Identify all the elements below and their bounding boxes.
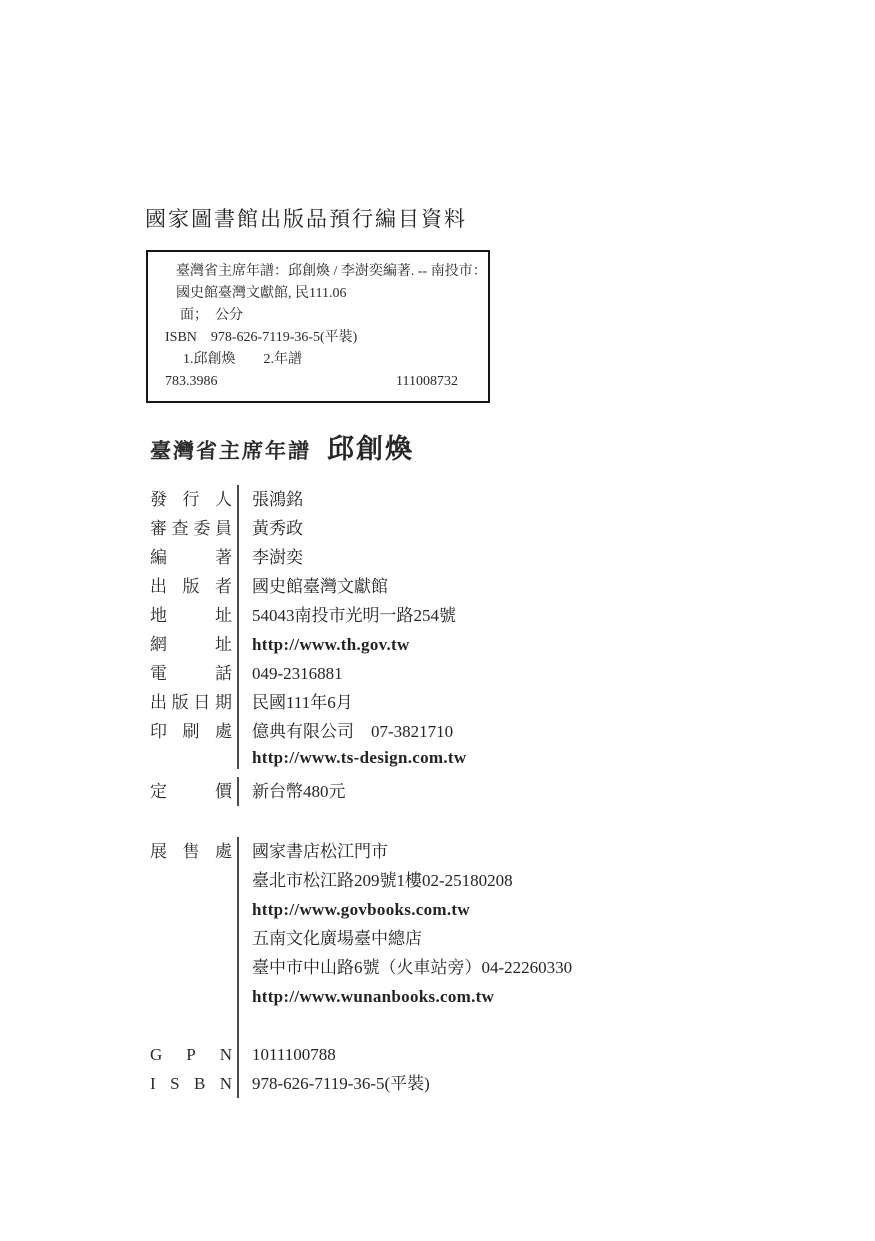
row-issuer: 發行人 張鴻銘: [150, 485, 875, 514]
row-printer-label: 印刷處: [150, 717, 232, 769]
divider-gap-row: [150, 1011, 875, 1040]
cip-subjects-line: 1.邱創煥 2.年譜: [165, 349, 476, 371]
row-website-label: 網址: [150, 630, 232, 659]
row-gpn: GPN 1011100788: [150, 1040, 875, 1069]
publisher-website-url: http://www.th.gov.tw: [252, 630, 410, 659]
colophon-block-outlets: 展售處 國家書店松江門市 臺北市松江路209號1樓02-25180208 htt…: [150, 837, 875, 1098]
editor-name: 李澍奕: [252, 543, 303, 572]
classification-number: 783.3986: [165, 371, 218, 393]
colophon-block-price: 定價 新台幣480元: [150, 777, 875, 806]
row-publish-date-label: 出版日期: [150, 688, 232, 717]
divider-line: [237, 1011, 672, 1040]
outlet-2-name: 五南文化廣場臺中總店: [252, 924, 572, 953]
colophon-table: 發行人 張鴻銘 審查委員 黃秀政 編著 李澍奕 出版者 國史館臺灣文獻館 地址 …: [150, 485, 875, 1098]
row-phone: 電話 049-2316881: [150, 659, 875, 688]
publish-date: 民國111年6月: [252, 688, 353, 717]
book-subject-name: 邱創煥: [327, 431, 414, 467]
outlet-2-url: http://www.wunanbooks.com.tw: [252, 982, 572, 1011]
row-address-label: 地址: [150, 601, 232, 630]
cip-numbers-row: 783.3986 111008732: [165, 371, 476, 393]
cip-box: 臺灣省主席年譜：邱創煥 / 李澍奕編著. -- 南投市： 國史館臺灣文獻館, 民…: [146, 250, 490, 403]
outlet-2-address-phone: 臺中市中山路6號（火車站旁）04-22260330: [252, 953, 572, 982]
outlet-1-url: http://www.govbooks.com.tw: [252, 895, 572, 924]
row-address: 地址 54043南投市光明一路254號: [150, 601, 875, 630]
row-price-label: 定價: [150, 777, 232, 806]
row-editor-label: 編著: [150, 543, 232, 572]
issuer-name: 張鴻銘: [252, 485, 303, 514]
colophon-page: 國家圖書館出版品預行編目資料 臺灣省主席年譜：邱創煥 / 李澍奕編著. -- 南…: [0, 0, 875, 1241]
row-publisher: 出版者 國史館臺灣文獻館: [150, 572, 875, 601]
printer-website-url: http://www.ts-design.com.tw: [252, 746, 466, 769]
row-reviewer-label: 審查委員: [150, 514, 232, 543]
row-editor: 編著 李澍奕: [150, 543, 875, 572]
colophon-block-main: 發行人 張鴻銘 審查委員 黃秀政 編著 李澍奕 出版者 國史館臺灣文獻館 地址 …: [150, 485, 875, 769]
publisher-phone: 049-2316881: [252, 659, 343, 688]
row-isbn-label: ISBN: [150, 1069, 232, 1098]
row-phone-label: 電話: [150, 659, 232, 688]
gpn-number: 1011100788: [252, 1040, 336, 1069]
cip-record-number: 111008732: [396, 371, 458, 393]
row-printer: 印刷處 億典有限公司 07-3821710 http://www.ts-desi…: [150, 717, 875, 769]
row-retail-outlets: 展售處 國家書店松江門市 臺北市松江路209號1樓02-25180208 htt…: [150, 837, 875, 1011]
row-gpn-label: GPN: [150, 1040, 232, 1069]
publisher-address: 54043南投市光明一路254號: [252, 601, 456, 630]
book-title-text: 臺灣省主席年譜: [149, 433, 311, 469]
cip-title-line: 臺灣省主席年譜：邱創煥 / 李澍奕編著. -- 南投市：: [165, 261, 476, 283]
row-website: 網址 http://www.th.gov.tw: [150, 630, 875, 659]
row-reviewer: 審查委員 黃秀政: [150, 514, 875, 543]
row-price: 定價 新台幣480元: [150, 777, 875, 806]
row-publish-date: 出版日期 民國111年6月: [150, 688, 875, 717]
row-isbn: ISBN 978-626-7119-36-5(平裝): [150, 1069, 875, 1098]
price-value: 新台幣480元: [252, 777, 346, 806]
outlet-1-name: 國家書店松江門市: [252, 837, 572, 866]
outlet-1-address-phone: 臺北市松江路209號1樓02-25180208: [252, 866, 572, 895]
row-retail-outlets-label: 展售處: [150, 837, 232, 1011]
isbn-number: 978-626-7119-36-5(平裝): [252, 1069, 430, 1098]
book-title-calligraphy: 臺灣省主席年譜 邱創煥: [150, 431, 875, 472]
printer-name-phone: 億典有限公司 07-3821710: [252, 717, 466, 746]
reviewer-name: 黃秀政: [252, 514, 303, 543]
publisher-name: 國史館臺灣文獻館: [252, 572, 388, 601]
row-publisher-label: 出版者: [150, 572, 232, 601]
cip-heading: 國家圖書館出版品預行編目資料: [145, 205, 875, 233]
cip-isbn-line: ISBN 978-626-7119-36-5(平裝): [165, 327, 476, 349]
cip-dimensions-line: 面； 公分: [165, 305, 476, 327]
row-issuer-label: 發行人: [150, 485, 232, 514]
cip-publisher-line: 國史館臺灣文獻館, 民111.06: [165, 283, 476, 305]
